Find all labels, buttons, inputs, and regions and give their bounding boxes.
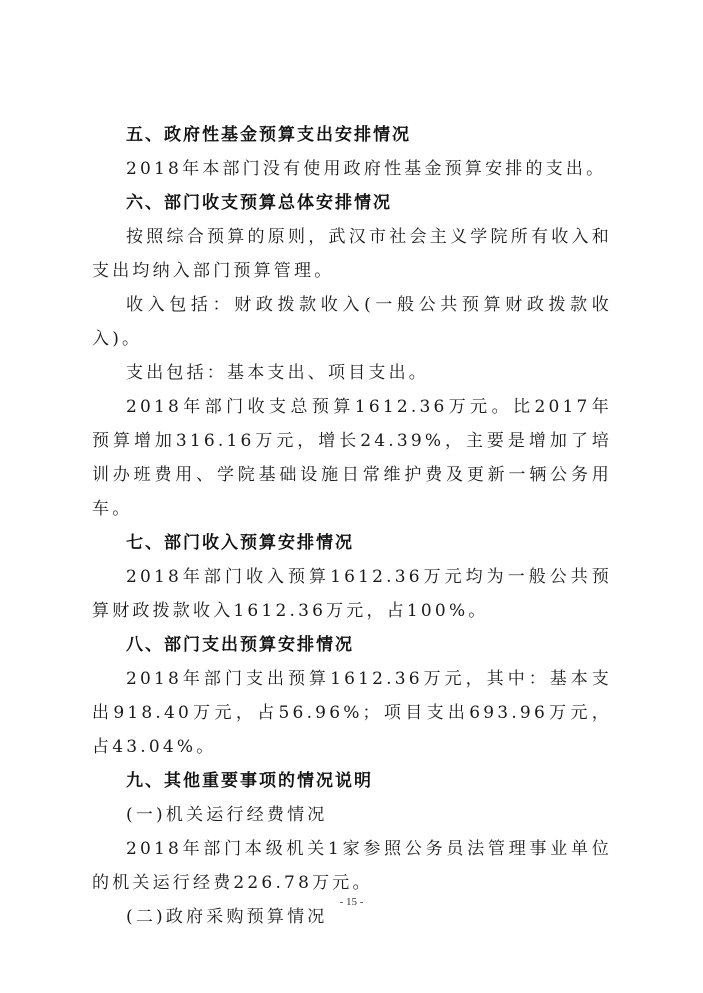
section-heading-9: 九、其他重要事项的情况说明: [92, 764, 612, 798]
section-heading-5: 五、政府性基金预算支出安排情况: [92, 118, 612, 152]
section-heading-8: 八、部门支出预算安排情况: [92, 628, 612, 662]
section-5-paragraph-1: 2018年本部门没有使用政府性基金预算安排的支出。: [92, 152, 612, 186]
section-6-paragraph-3: 支出包括：基本支出、项目支出。: [92, 356, 612, 390]
page-number: - 15 -: [0, 896, 703, 908]
section-heading-6: 六、部门收支预算总体安排情况: [92, 186, 612, 220]
section-6-paragraph-4: 2018年部门收支总预算1612.36万元。比2017年预算增加316.16万元…: [92, 390, 612, 526]
section-heading-7: 七、部门收入预算安排情况: [92, 526, 612, 560]
section-6-paragraph-1: 按照综合预算的原则，武汉市社会主义学院所有收入和支出均纳入部门预算管理。: [92, 220, 612, 288]
section-8-paragraph-1: 2018年部门支出预算1612.36万元，其中：基本支出918.40万元，占56…: [92, 662, 612, 764]
subsection-1-paragraph: 2018年部门本级机关1家参照公务员法管理事业单位的机关运行经费226.78万元…: [92, 832, 612, 900]
section-6-paragraph-2: 收入包括：财政拨款收入(一般公共预算财政拨款收入)。: [92, 288, 612, 356]
document-page: 五、政府性基金预算支出安排情况 2018年本部门没有使用政府性基金预算安排的支出…: [92, 118, 612, 934]
section-7-paragraph-1: 2018年部门收入预算1612.36万元均为一般公共预算财政拨款收入1612.3…: [92, 560, 612, 628]
subsection-title-1: (一)机关运行经费情况: [92, 798, 612, 832]
